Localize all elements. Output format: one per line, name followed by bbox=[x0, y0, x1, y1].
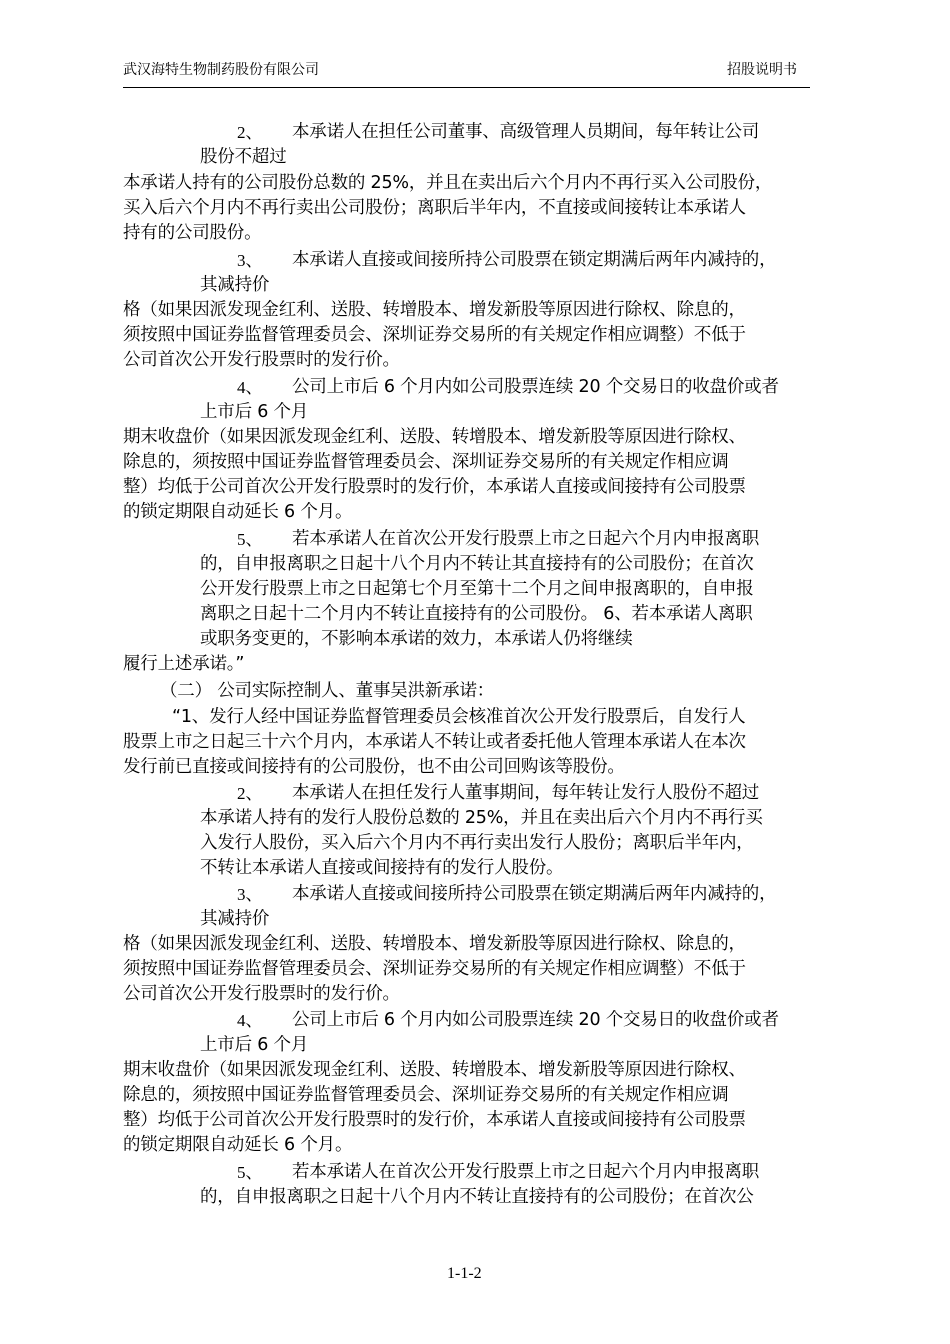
paragraph-line: 公司首次公开发行股票时的发行价。 bbox=[123, 348, 400, 373]
paragraph-line: 须按照中国证券监督管理委员会、深圳证券交易所的有关规定作相应调整）不低于 bbox=[123, 323, 746, 348]
paragraph-line: 本承诺人直接或间接所持公司股票在锁定期满后两年内减持的， bbox=[292, 882, 776, 907]
paragraph-line: 其减持价 bbox=[200, 907, 269, 932]
paragraph-line: 履行上述承诺。” bbox=[123, 652, 244, 677]
item-number: 2、 bbox=[237, 120, 263, 145]
paragraph-line: 的，自申报离职之日起十八个月内不转让直接持有的公司股份；在首次公 bbox=[200, 1185, 754, 1210]
paragraph-line: 整）均低于公司首次公开发行股票时的发行价，本承诺人直接或间接持有公司股票 bbox=[123, 1108, 746, 1133]
paragraph-line: 不转让本承诺人直接或间接持有的发行人股份。 bbox=[200, 856, 563, 881]
paragraph-line: 本承诺人直接或间接所持公司股票在锁定期满后两年内减持的， bbox=[292, 248, 776, 273]
paragraph-line: 公司上市后 6 个月内如公司股票连续 20 个交易日的收盘价或者 bbox=[292, 375, 779, 400]
paragraph-line: 除息的，须按照中国证券监督管理委员会、深圳证券交易所的有关规定作相应调 bbox=[123, 1083, 729, 1108]
paragraph-line: 持有的公司股份。 bbox=[123, 221, 261, 246]
paragraph-line: 离职之日起十二个月内不转让直接持有的公司股份。 6、若本承诺人离职 bbox=[200, 602, 753, 627]
header-company-name: 武汉海特生物制药股份有限公司 bbox=[123, 59, 319, 79]
paragraph-line: 期末收盘价（如果因派发现金红利、送股、转增股本、增发新股等原因进行除权、 bbox=[123, 425, 746, 450]
paragraph-line: 整）均低于公司首次公开发行股票时的发行价，本承诺人直接或间接持有公司股票 bbox=[123, 475, 746, 500]
paragraph-line: 若本承诺人在首次公开发行股票上市之日起六个月内申报离职 bbox=[292, 1160, 759, 1185]
paragraph-line: 公司上市后 6 个月内如公司股票连续 20 个交易日的收盘价或者 bbox=[292, 1008, 779, 1033]
paragraph-line: 若本承诺人在首次公开发行股票上市之日起六个月内申报离职 bbox=[292, 527, 759, 552]
paragraph-line: 其减持价 bbox=[200, 273, 269, 298]
paragraph-line: 除息的，须按照中国证券监督管理委员会、深圳证券交易所的有关规定作相应调 bbox=[123, 450, 729, 475]
paragraph-line: 或职务变更的，不影响本承诺的效力，本承诺人仍将继续 bbox=[200, 627, 633, 652]
paragraph-line: 的锁定期限自动延长 6 个月。 bbox=[123, 1133, 352, 1158]
section-heading: （二） 公司实际控制人、董事吴洪新承诺： bbox=[160, 679, 494, 704]
paragraph-line: 须按照中国证券监督管理委员会、深圳证券交易所的有关规定作相应调整）不低于 bbox=[123, 957, 746, 982]
paragraph-line: 买入后六个月内不再行卖出公司股份；离职后半年内，不直接或间接转让本承诺人 bbox=[123, 196, 746, 221]
item-number: 2、 bbox=[237, 781, 263, 806]
header-document-type: 招股说明书 bbox=[727, 59, 797, 79]
header-divider bbox=[123, 87, 810, 88]
paragraph-line: 发行前已直接或间接持有的公司股份，也不由公司回购该等股份。 bbox=[123, 755, 625, 780]
paragraph-line: 股份不超过 bbox=[200, 145, 287, 170]
paragraph-line: 本承诺人持有的公司股份总数的 25%，并且在卖出后六个月内不再行买入公司股份， bbox=[123, 171, 772, 196]
item-number: 5、 bbox=[237, 527, 263, 552]
paragraph-line: 上市后 6 个月 bbox=[200, 1033, 308, 1058]
item-number: 4、 bbox=[237, 375, 263, 400]
paragraph-line: 格（如果因派发现金红利、送股、转增股本、增发新股等原因进行除权、除息的， bbox=[123, 932, 746, 957]
paragraph-line: 本承诺人在担任发行人董事期间，每年转让发行人股份不超过 bbox=[292, 781, 759, 806]
paragraph-line: 格（如果因派发现金红利、送股、转增股本、增发新股等原因进行除权、除息的， bbox=[123, 298, 746, 323]
paragraph-line: 上市后 6 个月 bbox=[200, 400, 308, 425]
item-number: 3、 bbox=[237, 248, 263, 273]
paragraph-line: 股票上市之日起三十六个月内，本承诺人不转让或者委托他人管理本承诺人在本次 bbox=[123, 730, 746, 755]
paragraph-line: 期末收盘价（如果因派发现金红利、送股、转增股本、增发新股等原因进行除权、 bbox=[123, 1058, 746, 1083]
paragraph-line: 公开发行股票上市之日起第七个月至第十二个月之间申报离职的，自申报 bbox=[200, 577, 754, 602]
item-number: 3、 bbox=[237, 882, 263, 907]
paragraph-line: “1、发行人经中国证券监督管理委员会核准首次公开发行股票后，自发行人 bbox=[172, 705, 745, 730]
paragraph-line: 公司首次公开发行股票时的发行价。 bbox=[123, 982, 400, 1007]
item-number: 4、 bbox=[237, 1008, 263, 1033]
item-number: 5、 bbox=[237, 1160, 263, 1185]
paragraph-line: 本承诺人持有的发行人股份总数的 25%，并且在卖出后六个月内不再行买 bbox=[200, 806, 763, 831]
paragraph-line: 的，自申报离职之日起十八个月内不转让其直接持有的公司股份；在首次 bbox=[200, 552, 754, 577]
paragraph-line: 本承诺人在担任公司董事、高级管理人员期间，每年转让公司 bbox=[292, 120, 759, 145]
paragraph-line: 的锁定期限自动延长 6 个月。 bbox=[123, 500, 352, 525]
page-number: 1-1-2 bbox=[447, 1265, 482, 1283]
paragraph-line: 入发行人股份，买入后六个月内不再行卖出发行人股份；离职后半年内， bbox=[200, 831, 754, 856]
